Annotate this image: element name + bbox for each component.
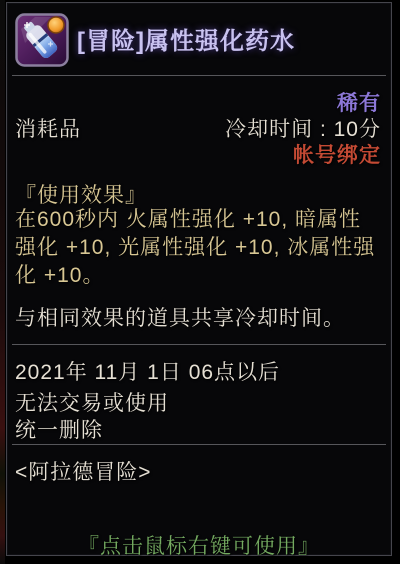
potion-icon [15, 13, 69, 67]
item-type-label: 消耗品 [15, 113, 81, 143]
effect-body: 在600秒内 火属性强化 +10, 暗属性强化 +10, 光属性强化 +10, … [15, 206, 379, 290]
expiry-deletion-line: 统一删除 [15, 414, 103, 444]
origin-label: <阿拉德冒险> [15, 456, 152, 486]
divider-top [12, 75, 386, 76]
item-title: [冒险]属性强化药水 [77, 28, 295, 55]
background-edge-strip [0, 0, 5, 564]
binding-label: 帐号绑定 [293, 139, 381, 169]
divider-bottom [12, 444, 386, 445]
item-icon[interactable] [15, 13, 69, 67]
effect-heading: 『使用效果』 [15, 179, 147, 209]
usage-hint: 『点击鼠标右键可使用』 [7, 530, 391, 560]
divider-middle [12, 344, 386, 345]
item-tooltip: [冒险]属性强化药水 稀有 消耗品 冷却时间 : 10分 帐号绑定 『使用效果』… [6, 2, 392, 556]
item-tooltip-screenshot: [冒险]属性强化药水 稀有 消耗品 冷却时间 : 10分 帐号绑定 『使用效果』… [0, 0, 400, 564]
title-row: [冒险]属性强化药水 [77, 21, 383, 56]
expiry-restriction-line: 无法交易或使用 [15, 387, 169, 417]
share-cooldown-note: 与相同效果的道具共享冷却时间。 [15, 302, 345, 332]
expiry-date-line: 2021年 11月 1日 06点以后 [15, 356, 280, 386]
